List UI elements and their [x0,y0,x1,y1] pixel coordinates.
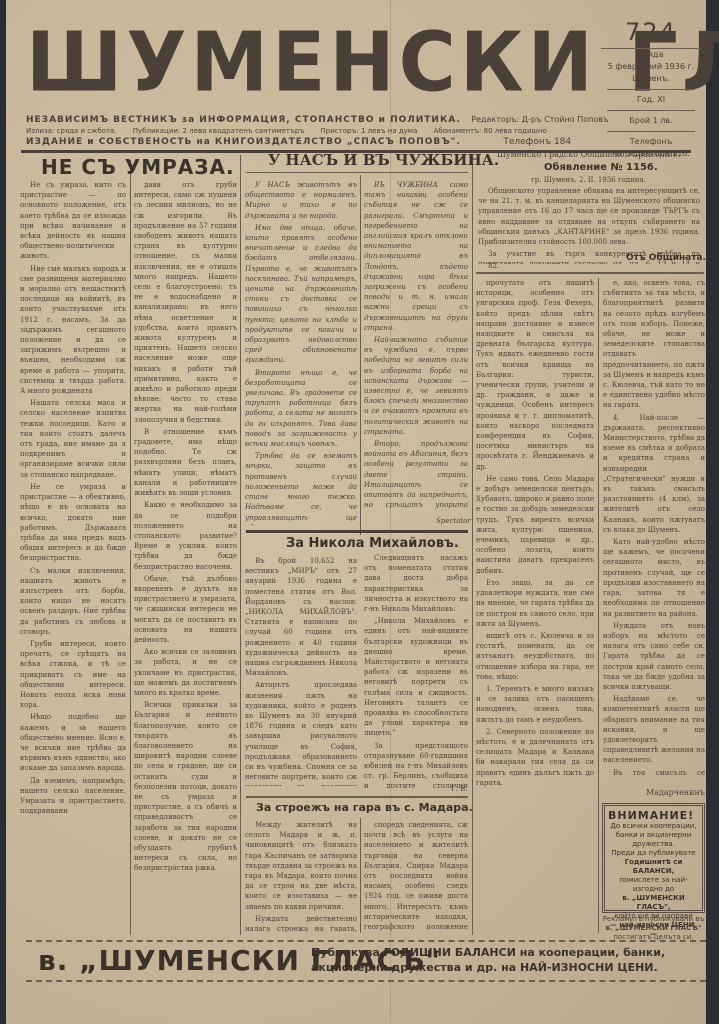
issue-date: 5 февруарий 1936 г. [601,61,701,73]
issue-info: 724 сряда 5 февруарий 1936 г. Шуменъ. Го… [601,18,701,160]
attention-ad-title: ВНИМАНИЕ! [608,809,699,822]
paragraph: За предстоящото отпразнуване 60-годишния… [364,741,468,788]
column-rule [130,160,131,540]
headline-madara: За строежъ на гара въ с. Мадара. [256,801,473,814]
paragraph: Въ тоя смисълъ се изказаха и всички пред… [603,768,705,778]
editor: Редакторъ: Д-ръ Стойно Поповъ [471,115,608,124]
paragraph: Нуждата действително налага строежа на г… [245,914,357,932]
banner-text: Публикува ГОДИШНИ БАЛАНСИ на кооперации,… [311,945,665,975]
article-madara-continued: прочутата отъ нашитѣ историци, особенно … [476,278,594,933]
article-madara-col2: споредъ сведенията, сж почти всѣ въ услу… [364,820,468,932]
column-rule [360,818,361,933]
paragraph: Какво е необходимо за да се подобри поло… [134,500,237,571]
paragraph: Ако всички се заловимъ за работа, и не с… [134,647,237,698]
ad-below-box: Рекламитѣ публикувани въ в. „ШУМЕНСКИ ГЛ… [602,915,705,942]
paragraph: Следващиятъ пасажъ отъ поменатата статия… [364,553,468,614]
paragraph: ВЪ ЧУЖБИНА само тамъ никакви особени съб… [364,180,468,333]
article-u-nas-col2: ВЪ ЧУЖБИНА само тамъ никакви особени съб… [364,180,468,510]
divider [607,131,695,132]
headline-nikola: За Никола Михайловъ. [286,536,459,551]
phone-label: Телефонъ [601,136,701,148]
column-rule [130,550,131,935]
paragraph: Второто нѣщо е, че безработицата се увел… [245,368,357,450]
article-u-nas-col1: У НАСЪ животътъ въ обществото е нормален… [245,180,357,525]
publish-days: Излиза: сряда и сжбота. [26,127,117,135]
paragraph: Общинското управление обявява на интерес… [478,186,700,247]
paragraph: Ние сме малъкъ народъ и сме разнищени ма… [20,264,126,397]
issue-day: сряда [601,49,701,61]
signature-gv: Г. В. [451,785,467,793]
announcement-title: Обявление № 1156. [544,162,658,173]
signature-spectator: Spectator [436,517,471,525]
headline-u-nas: У НАСЪ И ВЪ ЧУЖБИНА. [268,151,499,169]
issue-price: Брой 1 лв. [601,115,701,127]
column-rule [240,155,241,935]
paragraph: 2. Северното положение на мѣстото, е и д… [476,727,594,788]
attention-ad-line: в. „ШУМЕНСКИ ГЛАСЪ", [608,894,699,912]
paragraph: Не само това. Село Мадара е добъръ земед… [476,474,594,576]
paragraph: Като най-удобно мѣсто ще кажемъ, че посо… [603,537,705,619]
paragraph: Второ, продължава войната въ Абисиния, б… [364,439,468,510]
ad-below-line: в. „ШУМЕНСКИ ГЛАСЪ" [602,924,705,933]
paragraph: споредъ сведенията, сж почти всѣ въ услу… [364,820,468,932]
headline-ne-s-umraza: НЕ СЪ УМРАЗА. [41,155,235,179]
ad-rates: Публикации: 2 лева квадратенъ сантиметър… [133,127,305,135]
article-nikola-col1: Въ брой 10,652 на вестникъ „МИРЪ" отъ 27… [245,556,357,786]
paragraph: Не се умраза и пристрастие — а обективно… [20,482,126,564]
masthead-title: ШУМЕНСКИ ГЛАСЪ [26,16,586,111]
newspaper-page: ШУМЕНСКИ ГЛАСЪ 724 сряда 5 февруарий 193… [6,0,706,1024]
article-madara-right-col: е, ако, освенъ това, съ събитията за тая… [603,278,705,778]
paragraph: 4. Най-после — държавата, респективно Ми… [603,413,705,535]
column-rule [360,175,361,535]
divider [246,530,468,533]
ad-below-line: Рекламитѣ публикувани въ [602,915,705,924]
subscription: Абонаментъ: 80 лева годишно [434,127,547,135]
column-rule [598,278,599,933]
issue-year: Год. XI [601,94,701,106]
paragraph: ищитѣ отъ с. Кюлевча и за гоститѣ, помен… [476,631,594,682]
paragraph: Въ брой 10,652 на вестникъ „МИРЪ" отъ 27… [245,556,357,678]
paragraph: Надѣваме се, че компетентнитѣ власти ще … [603,694,705,765]
subheader-line2: Излиза: сряда и сжбота. Публикации: 2 ле… [26,127,547,135]
phone: Телефонъ 184 [503,137,571,147]
article-ne-s-umraza-col2: дави отъ груби интереси, само сж пушени … [134,180,237,930]
subheader-line1: НЕЗАВИСИМЪ ВЕСТНИКЪ за ИНФОРМАЦИЯ, СТОПА… [26,115,609,125]
paragraph: е, ако, освенъ това, съ събитията за тая… [603,278,705,411]
article-ne-s-umraza-col1: Не съ умраза, нито съ пристрастие — по о… [20,180,126,930]
publisher: ИЗДАНИЕ и СОБСТВЕНОСТЬ на КНИГОИЗДАТЕЛСТ… [26,137,461,147]
announcement-signature: Отъ Общината. [626,253,706,263]
tagline: НЕЗАВИСИМЪ ВЕСТНИКЪ за ИНФОРМАЦИЯ, СТОПА… [26,115,461,125]
divider [246,796,468,798]
paragraph: Най-важното събитие въ чужбина е, първо … [364,335,468,437]
attention-ad-line: Годишнитѣ си БАЛАНСИ, [608,858,699,876]
paragraph: Всички приказки за България и нейното бл… [134,700,237,873]
paragraph: Да вземемъ, напримѣръ, нашето селско нас… [20,776,126,817]
paragraph: Нѣщо подобно ще кажемъ и за нашето общес… [20,712,126,773]
announcement-header: Шуменско Градско Общинско Управление. [476,150,701,159]
paragraph: Обаче, тъй дълбоко вкорененъ е духътъ на… [134,574,237,645]
paragraph: Има две нѣща, обаче, които правятъ особе… [245,223,357,366]
attention-ad-line: До всички кооперации, банки и акционерни… [608,822,699,849]
attention-ad-line: Преди да публикувате [608,849,699,858]
signature-madarchenin: Мадарченинъ. [646,788,707,797]
paragraph: 1. Теренътъ е много низъкъ и се залива о… [476,684,594,725]
paragraph: дави отъ груби интереси, само сж пушени … [134,180,237,425]
divider [476,272,704,274]
column-rule [472,155,473,935]
announcement-date: гр. Шуменъ, 2. II. 1936 година. [476,176,701,184]
divider [607,89,695,90]
paragraph: Трѣбва да се взематъ мѣрки, защото въ пр… [245,451,357,525]
paragraph: Груби интереси, които пречатъ, се срѣщат… [20,639,126,710]
article-nikola-col2: Следващиятъ пасажъ отъ поменатата статия… [364,553,468,788]
paragraph: Нуждата отъ новъ изборъ на мѣстото се на… [603,621,705,692]
attention-ad-line: помислете за най-изгодно до [608,876,699,894]
subheader-line3: ИЗДАНИЕ и СОБСТВЕНОСТЬ на КНИГОИЗДАТЕЛСТ… [26,137,571,147]
paragraph: У НАСЪ животътъ въ обществото е нормален… [245,180,357,221]
paragraph: Между жителитѣ на селото Мадара и ж. п. … [245,820,357,912]
banner-line: Публикува ГОДИШНИ БАЛАНСИ на кооперации,… [311,945,665,960]
issue-city: Шуменъ. [601,73,701,85]
paragraph: Не съ умраза, нито съ пристрастие — по о… [20,180,126,262]
paragraph: В отношение къмъ градовете, има нѣщо под… [134,427,237,498]
attention-ad: ВНИМАНИЕ! До всички кооперации, банки и … [602,803,705,913]
classified-rates: Присторъ: 1 левъ на дума [321,127,418,135]
paragraph: „Никола Михайловъ е единъ отъ най-виднит… [364,616,468,738]
announcement-number: 82. [488,262,499,270]
paragraph: Ето защо, за да се удовлетвори нуждата, … [476,578,594,629]
banner-line: акционерни дружества и др. на НАЙ-ИЗНОСН… [311,960,665,975]
paragraph: Авторътъ проследява жизнения пжть на худ… [245,680,357,786]
paragraph: прочутата отъ нашитѣ историци, особенно … [476,278,594,472]
paragraph: Нашата селска маса и селско население из… [20,398,126,480]
divider [607,110,695,111]
bottom-banner-ad: в. „ШУМЕНСКИ ГЛАСЪ" Публикува ГОДИШНИ БА… [26,940,706,982]
issue-number: 724 [601,18,701,49]
divider [246,172,468,173]
paragraph: Съ малки изключения, нашиятъ животъ е из… [20,566,126,637]
article-madara-col1: Между жителитѣ на селото Мадара и ж. п. … [245,820,357,932]
